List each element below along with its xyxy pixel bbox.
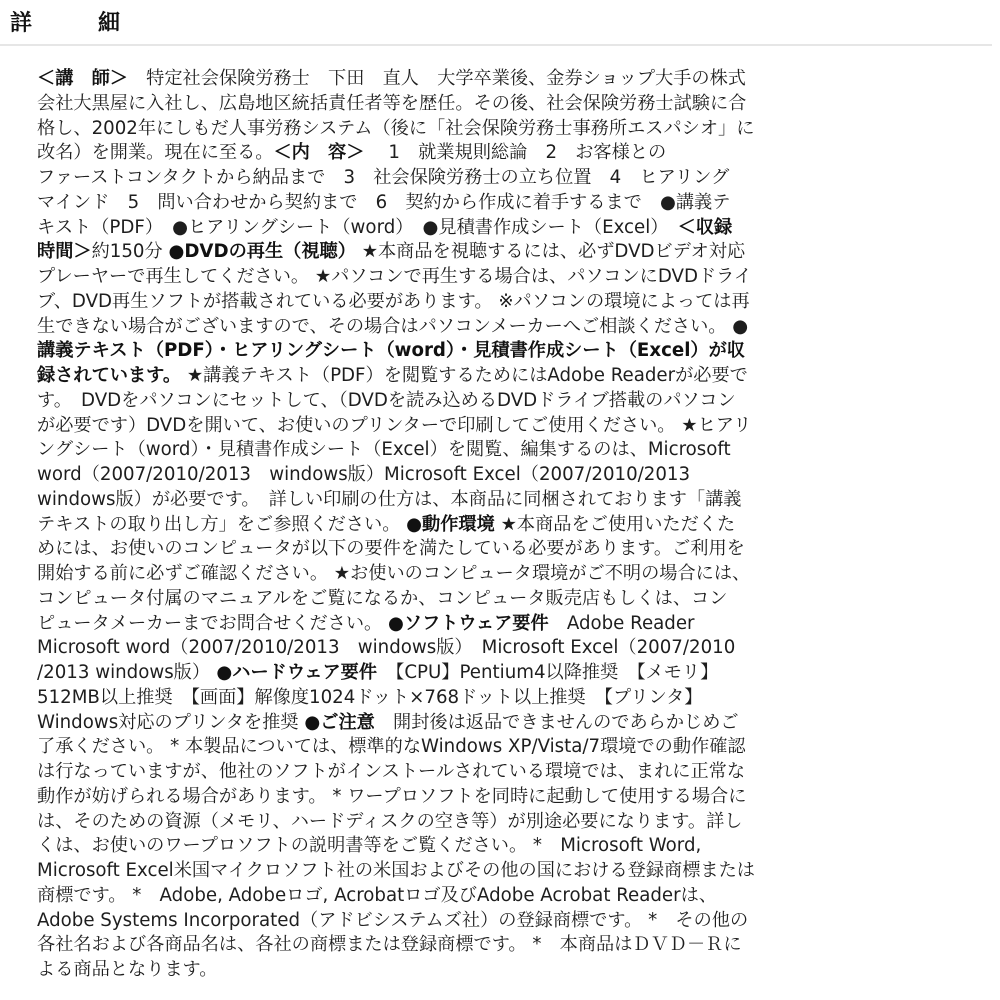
- description-heading-text: ●ご注意: [304, 712, 374, 733]
- description-text: ピュータメーカーまでお問合せください。: [37, 613, 388, 634]
- description-text: ★本商品を視聴するには、必ずDVDビデオ対応: [356, 241, 745, 262]
- description-line: は行なっていますが、他社のソフトがインストールされている環境では、まれに正常な: [37, 760, 977, 785]
- description-text: 生できない場合がございますので、その場合はパソコンメーカーへご相談ください。 ●: [37, 316, 748, 337]
- description-text: 改名）を開業。現在に至る。: [37, 142, 273, 163]
- description-line: Microsoft Excel米国マイクロソフト社の米国およびその他の国における…: [37, 859, 977, 884]
- description-line: 時間＞約150分 ●DVDの再生（視聴） ★本商品を視聴するには、必ずDVDビデ…: [37, 240, 977, 265]
- description-line: Microsoft word（2007/2010/2013 windows版） …: [37, 636, 977, 661]
- description-text: プレーヤーで再生してください。 ★パソコンで再生する場合は、パソコンにDVDドラ…: [37, 266, 752, 287]
- description-heading-text: ●ソフトウェア要件: [388, 613, 549, 634]
- description-line: /2013 windows版） ●ハードウェア要件 【CPU】Pentium4以…: [37, 661, 977, 686]
- description-text: 会社大黒屋に入社し、広島地区統括責任者等を歴任。その後、社会保険労務士試験に合: [37, 93, 746, 114]
- description-line: 各社名および各商品名は、各社の商標または登録商標です。 * 本商品はＤＶＤ－Ｒに: [37, 933, 977, 958]
- description-text: Adobe Reader: [549, 613, 695, 634]
- description-text: /2013 windows版）: [37, 662, 210, 683]
- description-line: めには、お使いのコンピュータが以下の要件を満たしている必要があります。ご利用を: [37, 537, 977, 562]
- description-text: が必要です）DVDを開いて、お使いのプリンターで印刷してご使用ください。 ★ヒア…: [37, 415, 751, 436]
- description-text: windows版）が必要です。 詳しい印刷の仕方は、本商品に同梱されております「…: [37, 489, 742, 510]
- description-line: ピュータメーカーまでお問合せください。 ●ソフトウェア要件 Adobe Read…: [37, 612, 977, 637]
- description-line: 512MB以上推奨 【画面】解像度1024ドット×768ドット以上推奨 【プリン…: [37, 686, 977, 711]
- description-text: 動作が妨げられる場合があります。 * ワープロソフトを同時に起動して使用する場合…: [37, 786, 746, 807]
- description-line: 格し、2002年にしもだ人事労務システム（後に「社会保険労務士事務所エスパシオ」…: [37, 117, 977, 142]
- description-text: 商標です。 * Adobe, Adobeロゴ, Acrobatロゴ及びAdobe…: [37, 885, 717, 906]
- description-text: ★本商品をご使用いただくた: [495, 514, 735, 535]
- description-text: Microsoft Excel米国マイクロソフト社の米国およびその他の国における…: [37, 860, 755, 881]
- description-line: ファーストコンタクトから納品まで 3 社会保険労務士の立ち位置 4 ヒアリング: [37, 166, 977, 191]
- description-line: ングシート（word）・見積書作成シート（Excel）を閲覧、編集するのは、Mi…: [37, 438, 977, 463]
- description-line: プレーヤーで再生してください。 ★パソコンで再生する場合は、パソコンにDVDドラ…: [37, 265, 977, 290]
- description-text: 了承ください。 * 本製品については、標準的なWindows XP/Vista/…: [37, 736, 746, 757]
- section-title: 詳 細: [10, 6, 142, 37]
- description-heading-text: ●DVDの再生（視聴）: [168, 241, 355, 262]
- description-text: Windows対応のプリンタを推奨: [37, 712, 304, 733]
- description-text: ファーストコンタクトから納品まで 3 社会保険労務士の立ち位置 4 ヒアリング: [37, 167, 729, 188]
- description-text: テキストの取り出し方」をご参照ください。: [37, 514, 406, 535]
- description-text: word（2007/2010/2013 windows版）Microsoft E…: [37, 464, 690, 485]
- description-line: コンピュータ付属のマニュアルをご覧になるか、コンピュータ販売店もしくは、コン: [37, 587, 977, 612]
- description-line: Adobe Systems Incorporated（アドビシステムズ社）の登録…: [37, 909, 977, 934]
- description-text: くは、お使いのワープロソフトの説明書等をご覧ください。 * Microsoft …: [37, 835, 701, 856]
- description-line: ＜講 師＞ 特定社会保険労務士 下田 直人 大学卒業後、金券ショップ大手の株式: [37, 67, 977, 92]
- description-text: キスト（PDF） ●ヒアリングシート（word） ●見積書作成シート（Excel…: [37, 217, 678, 238]
- description-text: めには、お使いのコンピュータが以下の要件を満たしている必要があります。ご利用を: [37, 538, 745, 559]
- description-line: マインド 5 問い合わせから契約まで 6 契約から作成に着手するまで ●講義テ: [37, 191, 977, 216]
- description-text: 1 就業規則総論 2 お客様との: [364, 142, 666, 163]
- description-line: よる商品となります。: [37, 958, 977, 983]
- description-line: キスト（PDF） ●ヒアリングシート（word） ●見積書作成シート（Excel…: [37, 216, 977, 241]
- description-text: 各社名および各商品名は、各社の商標または登録商標です。 * 本商品はＤＶＤ－Ｒに: [37, 934, 742, 955]
- description-line: 生できない場合がございますので、その場合はパソコンメーカーへご相談ください。 ●: [37, 315, 977, 340]
- description-text: 開始する前に必ずご確認ください。 ★お使いのコンピュータ環境がご不明の場合には、: [37, 563, 750, 584]
- description-line: Windows対応のプリンタを推奨 ●ご注意 開封後は返品できませんのであらかじ…: [37, 711, 977, 736]
- description-text: マインド 5 問い合わせから契約まで 6 契約から作成に着手するまで ●講義テ: [37, 192, 730, 213]
- description-text: 開封後は返品できませんのであらかじめご: [375, 712, 739, 733]
- description-line: 商標です。 * Adobe, Adobeロゴ, Acrobatロゴ及びAdobe…: [37, 884, 977, 909]
- description-line: は、そのための資源（メモリ、ハードディスクの空き等）が別途必要になります。詳し: [37, 810, 977, 835]
- description-text: 約150分: [92, 241, 169, 262]
- description-text: ブ、DVD再生ソフトが搭載されている必要があります。 ※パソコンの環境によっては…: [37, 291, 750, 312]
- description-line: くは、お使いのワープロソフトの説明書等をご覧ください。 * Microsoft …: [37, 834, 977, 859]
- description-text: 【CPU】Pentium4以降推奨 【メモリ】: [377, 662, 718, 683]
- description-heading-text: 時間＞: [37, 241, 92, 262]
- description-text: は、そのための資源（メモリ、ハードディスクの空き等）が別途必要になります。詳し: [37, 811, 743, 832]
- description-heading-text: ＜内 容＞: [273, 142, 364, 163]
- description-text: コンピュータ付属のマニュアルをご覧になるか、コンピュータ販売店もしくは、コン: [37, 588, 727, 609]
- description-line: word（2007/2010/2013 windows版）Microsoft E…: [37, 463, 977, 488]
- description-text: ングシート（word）・見積書作成シート（Excel）を閲覧、編集するのは、Mi…: [37, 439, 731, 460]
- description-text: 格し、2002年にしもだ人事労務システム（後に「社会保険労務士事務所エスパシオ」…: [37, 118, 754, 139]
- description-line: ブ、DVD再生ソフトが搭載されている必要があります。 ※パソコンの環境によっては…: [37, 290, 977, 315]
- description-line: 改名）を開業。現在に至る。＜内 容＞ 1 就業規則総論 2 お客様との: [37, 141, 977, 166]
- description-text: す。 DVDをパソコンにセットして、（DVDを読み込めるDVDドライブ搭載のパソ…: [37, 390, 736, 411]
- description-line: 開始する前に必ずご確認ください。 ★お使いのコンピュータ環境がご不明の場合には、: [37, 562, 977, 587]
- description-line: 了承ください。 * 本製品については、標準的なWindows XP/Vista/…: [37, 735, 977, 760]
- description-line: テキストの取り出し方」をご参照ください。 ●動作環境 ★本商品をご使用いただくた: [37, 513, 977, 538]
- description-text: よる商品となります。: [37, 959, 217, 980]
- description-text: Adobe Systems Incorporated（アドビシステムズ社）の登録…: [37, 910, 748, 931]
- description-text: 512MB以上推奨 【画面】解像度1024ドット×768ドット以上推奨 【プリン…: [37, 687, 702, 708]
- description-text: Microsoft word（2007/2010/2013 windows版） …: [37, 637, 735, 658]
- description-line: が必要です）DVDを開いて、お使いのプリンターで印刷してご使用ください。 ★ヒア…: [37, 414, 977, 439]
- description-line: 講義テキスト（PDF）・ヒアリングシート（word）・見積書作成シート（Exce…: [37, 339, 977, 364]
- description-text: は行なっていますが、他社のソフトがインストールされている環境では、まれに正常な: [37, 761, 745, 782]
- description-text: 特定社会保険労務士 下田 直人 大学卒業後、金券ショップ大手の株式: [128, 68, 746, 89]
- description-line: 会社大黒屋に入社し、広島地区統括責任者等を歴任。その後、社会保険労務士試験に合: [37, 92, 977, 117]
- description-heading-text: ●動作環境: [406, 514, 495, 535]
- description-line: 動作が妨げられる場合があります。 * ワープロソフトを同時に起動して使用する場合…: [37, 785, 977, 810]
- description-heading-text: 講義テキスト（PDF）・ヒアリングシート（word）・見積書作成シート（Exce…: [37, 340, 745, 361]
- description-line: 録されています。 ★講義テキスト（PDF）を閲覧するためにはAdobe Read…: [37, 364, 977, 389]
- description-heading-text: ●ハードウェア要件: [210, 662, 377, 683]
- description-line: windows版）が必要です。 詳しい印刷の仕方は、本商品に同梱されております「…: [37, 488, 977, 513]
- description-heading-text: ＜講 師＞: [37, 68, 128, 89]
- description-line: す。 DVDをパソコンにセットして、（DVDを読み込めるDVDドライブ搭載のパソ…: [37, 389, 977, 414]
- description-heading-text: ＜収録: [678, 217, 733, 238]
- description-heading-text: 録されています。: [37, 365, 181, 386]
- product-description: ＜講 師＞ 特定社会保険労務士 下田 直人 大学卒業後、金券ショップ大手の株式会…: [37, 67, 977, 983]
- details-section-header: 詳 細: [0, 0, 992, 46]
- description-text: ★講義テキスト（PDF）を閲覧するためにはAdobe Readerが必要で: [181, 365, 748, 386]
